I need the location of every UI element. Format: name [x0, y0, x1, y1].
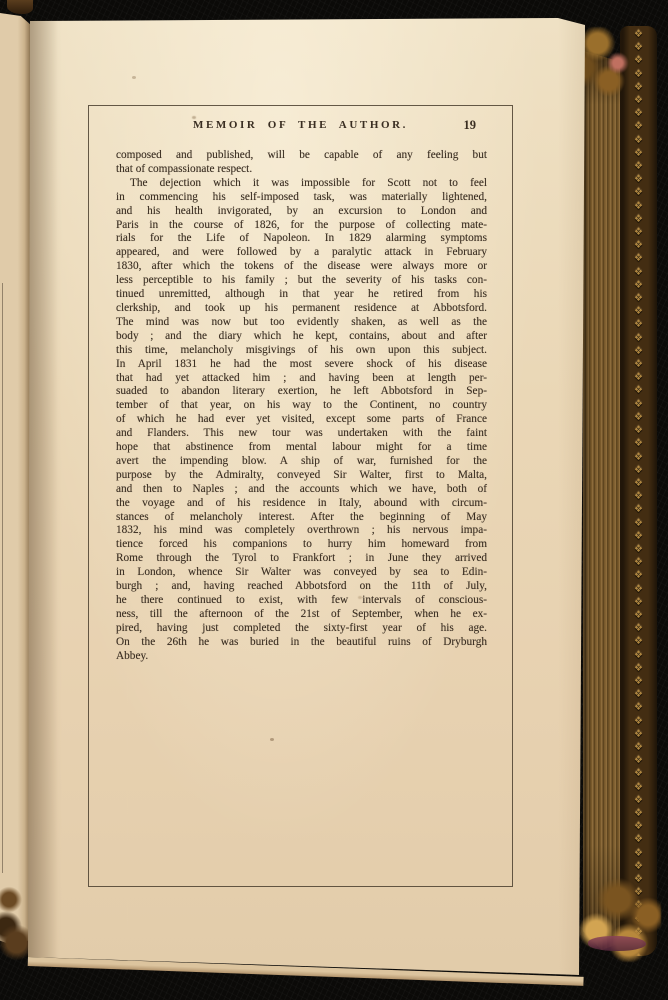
text-line: and then to Naples ; and the accounts wh…	[116, 483, 487, 497]
book-page: MEMOIR OF THE AUTHOR. 19 composed and pu…	[28, 16, 588, 977]
text-line: this time, melancholy misgivings of his …	[116, 344, 487, 358]
text-line: and Flanders. This new tour was undertak…	[116, 427, 487, 441]
text-line: 1832, his mind was completely overthrown…	[116, 524, 487, 538]
text-line: in commencing his self-imposed task, was…	[116, 191, 487, 205]
text-line: avert the impending blow. A ship of war,…	[116, 455, 487, 469]
page-header: MEMOIR OF THE AUTHOR. 19	[89, 119, 512, 137]
text-line: he there continued to exist, with few in…	[116, 594, 487, 608]
text-line: and his health invigorated, by an excurs…	[116, 205, 487, 219]
text-line: tience forced his companions to hurry hi…	[116, 538, 487, 552]
left-page-edge	[0, 13, 32, 951]
cover-gilt-edge: ❖ ❖ ❖ ❖ ❖ ❖ ❖ ❖ ❖ ❖ ❖ ❖ ❖ ❖ ❖ ❖ ❖ ❖ ❖ ❖ …	[620, 26, 657, 956]
text-line: less perceptible to his family ; but the…	[116, 274, 487, 288]
text-line: composed and published, will be capable …	[116, 149, 487, 163]
text-block-fore-edge	[583, 45, 625, 950]
text-line: burgh ; and, having reached Abbotsford o…	[116, 580, 487, 594]
text-line: body ; and the diary which he kept, cont…	[116, 330, 487, 344]
text-line: 1830, after which the tokens of the dise…	[116, 260, 487, 274]
text-line: Abbey.	[116, 650, 487, 664]
text-line: of which he had ever yet visited, except…	[116, 413, 487, 427]
text-line: suaded to abandon literary exertion, he …	[116, 385, 487, 399]
text-line: rials for the Life of Napoleon. In 1829 …	[116, 232, 487, 246]
text-line: On the 26th he was buried in the beautif…	[116, 636, 487, 650]
text-line: ness, till the afternoon of the 21st of …	[116, 608, 487, 622]
binding-fragment-bottom-left	[0, 884, 30, 962]
page-number: 19	[464, 118, 477, 133]
cover-maroon-accent	[588, 936, 646, 951]
text-line: Rome through the Tyrol to Frankfort ; in…	[116, 552, 487, 566]
text-line: stances of melancholy interest. After th…	[116, 511, 487, 525]
text-line: that had yet attacked him ; and having b…	[116, 372, 487, 386]
text-line: pired, having just completed the sixty-f…	[116, 622, 487, 636]
gutter-shadow	[28, 16, 58, 977]
text-line: that of compassionate respect.	[116, 163, 487, 177]
text-line: tember of that year, on his way to the C…	[116, 399, 487, 413]
text-line: purpose by the Admiralty, conveyed Sir W…	[116, 469, 487, 483]
text-line: clerkship, and took up his permanent res…	[116, 302, 487, 316]
text-line: appeared, and were followed by a paralyt…	[116, 246, 487, 260]
text-line: the voyage and of his residence in Italy…	[116, 497, 487, 511]
text-line: tinued unremitted, although in that year…	[116, 288, 487, 302]
running-title: MEMOIR OF THE AUTHOR.	[89, 119, 512, 131]
text-line: In April 1831 he had the most severe sho…	[116, 358, 487, 372]
text-line: hope that abstinence from mental labour …	[116, 441, 487, 455]
text-line: in London, whence Sir Walter was conveye…	[116, 566, 487, 580]
binding-fragment-top-left	[7, 0, 33, 14]
left-page-frame-line	[2, 283, 3, 873]
text-line: The dejection which it was impossible fo…	[116, 177, 487, 191]
cover-embossing-pattern: ❖ ❖ ❖ ❖ ❖ ❖ ❖ ❖ ❖ ❖ ❖ ❖ ❖ ❖ ❖ ❖ ❖ ❖ ❖ ❖ …	[620, 28, 657, 956]
text-line: The mind was now but too evidently shake…	[116, 316, 487, 330]
text-line: Paris in the course of 1826, for the pur…	[116, 219, 487, 233]
text-block: composed and published, will be capable …	[116, 149, 487, 664]
page-border-frame: MEMOIR OF THE AUTHOR. 19 composed and pu…	[88, 105, 513, 887]
